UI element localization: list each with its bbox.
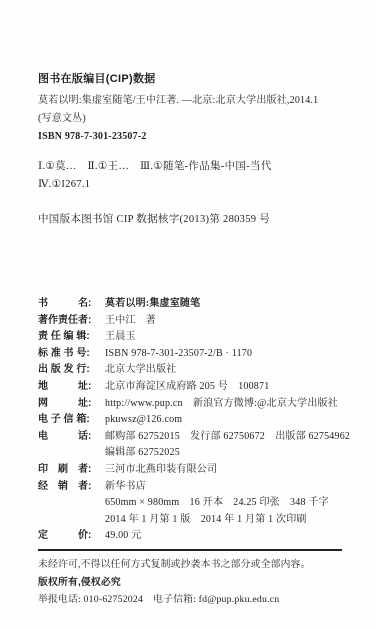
row-label: 书 名:: [38, 296, 105, 313]
cip-series-line: (写意文丛): [38, 110, 347, 128]
row-label: 出 版 发 行:: [38, 362, 105, 379]
row-label: 经 销 者:: [38, 479, 105, 496]
row-value: 编辑部 62752025: [105, 447, 180, 458]
colophon-row-format: 650mm × 980mm 16 开本 24.25 印张 348 千字: [38, 495, 347, 512]
row-label: 电 子 信 箱:: [38, 412, 105, 429]
book-copyright-page: 图书在版编目(CIP)数据 莫若以明:集虚室随笔/王中江著. —北京:北京大学出…: [0, 0, 375, 630]
divider-rule: [38, 549, 342, 551]
cip-heading: 图书在版编目(CIP)数据: [38, 72, 347, 86]
cip-classification-line-1: Ⅰ.①莫… Ⅱ.①王… Ⅲ.①随笔-作品集-中国-当代: [38, 158, 347, 176]
cip-isbn-line: ISBN 978-7-301-23507-2: [38, 128, 347, 146]
row-label: 著作责任者:: [38, 313, 105, 330]
colophon-row-edition: 2014 年 1 月第 1 版 2014 年 1 月第 1 次印刷: [38, 512, 347, 529]
report-contact-line: 举报电话: 010-62752024 电子信箱: fd@pup.pku.edu.…: [38, 591, 347, 609]
colophon-row-phone-cont: 编辑部 62752025: [38, 445, 347, 462]
cip-title-line: 莫若以明:集虚室随笔/王中江著. —北京:北京大学出版社,2014.1: [38, 92, 347, 110]
cip-record-number: 中国版本图书馆 CIP 数据核字(2013)第 280359 号: [38, 211, 347, 226]
row-value: 三河市北燕印装有限公司: [105, 464, 217, 475]
colophon-row-publisher: 出 版 发 行:北京大学出版社: [38, 362, 347, 379]
colophon-row-website: 网 址:http://www.pup.cn 新浪官方微博:@北京大学出版社: [38, 396, 347, 413]
colophon-row-email: 电 子 信 箱:pkuwsz@126.com: [38, 412, 347, 429]
row-value: 王中江 著: [105, 315, 156, 326]
no-copy-notice: 未经许可,不得以任何方式复制或抄袭本书之部分或全部内容。: [38, 556, 347, 574]
row-value: 49.00 元: [105, 530, 141, 541]
colophon-row-address: 地 址:北京市海淀区成府路 205 号 100871: [38, 379, 347, 396]
cip-classification-line-2: Ⅳ.①I267.1: [38, 176, 347, 194]
row-value: 2014 年 1 月第 1 版 2014 年 1 月第 1 次印刷: [105, 514, 307, 525]
row-value: pkuwsz@126.com: [105, 414, 182, 425]
colophon-row-author: 著作责任者:王中江 著: [38, 313, 347, 330]
row-value: http://www.pup.cn 新浪官方微博:@北京大学出版社: [105, 398, 338, 409]
colophon-row-title: 书 名:莫若以明:集虚室随笔: [38, 296, 347, 313]
cip-classification-block: Ⅰ.①莫… Ⅱ.①王… Ⅲ.①随笔-作品集-中国-当代 Ⅳ.①I267.1: [38, 158, 347, 194]
row-value: 邮购部 62752015 发行部 62750672 出版部 62754962: [105, 431, 350, 442]
row-label: 网 址:: [38, 396, 105, 413]
row-label: 地 址:: [38, 379, 105, 396]
copyright-notice-block: 未经许可,不得以任何方式复制或抄袭本书之部分或全部内容。 版权所有,侵权必究 举…: [38, 556, 347, 609]
row-value: 莫若以明:集虚室随笔: [105, 298, 200, 309]
row-value: 650mm × 980mm 16 开本 24.25 印张 348 千字: [105, 497, 329, 508]
row-value: 北京大学出版社: [105, 364, 176, 375]
colophon-row-distributor: 经 销 者:新华书店: [38, 479, 347, 496]
colophon-row-editor: 责 任 编 辑:王晨玉: [38, 329, 347, 346]
row-value: ISBN 978-7-301-23507-2/B · 1170: [105, 348, 252, 359]
row-label: 标 准 书 号:: [38, 346, 105, 363]
row-value: 王晨玉: [105, 331, 136, 342]
colophon-row-isbn: 标 准 书 号:ISBN 978-7-301-23507-2/B · 1170: [38, 346, 347, 363]
row-label: 电 话:: [38, 429, 105, 446]
colophon-row-phone: 电 话:邮购部 62752015 发行部 62750672 出版部 627549…: [38, 429, 347, 446]
cip-block: 图书在版编目(CIP)数据 莫若以明:集虚室随笔/王中江著. —北京:北京大学出…: [38, 72, 347, 146]
colophon-block: 书 名:莫若以明:集虚室随笔 著作责任者:王中江 著 责 任 编 辑:王晨玉 标…: [38, 296, 347, 545]
colophon-row-price: 定 价:49.00 元: [38, 528, 347, 545]
row-label: 印 刷 者:: [38, 462, 105, 479]
all-rights-reserved: 版权所有,侵权必究: [38, 574, 347, 592]
row-label: 定 价:: [38, 528, 105, 545]
colophon-row-printer: 印 刷 者:三河市北燕印装有限公司: [38, 462, 347, 479]
row-value: 新华书店: [105, 481, 146, 492]
row-label: 责 任 编 辑:: [38, 329, 105, 346]
row-value: 北京市海淀区成府路 205 号 100871: [105, 381, 269, 392]
